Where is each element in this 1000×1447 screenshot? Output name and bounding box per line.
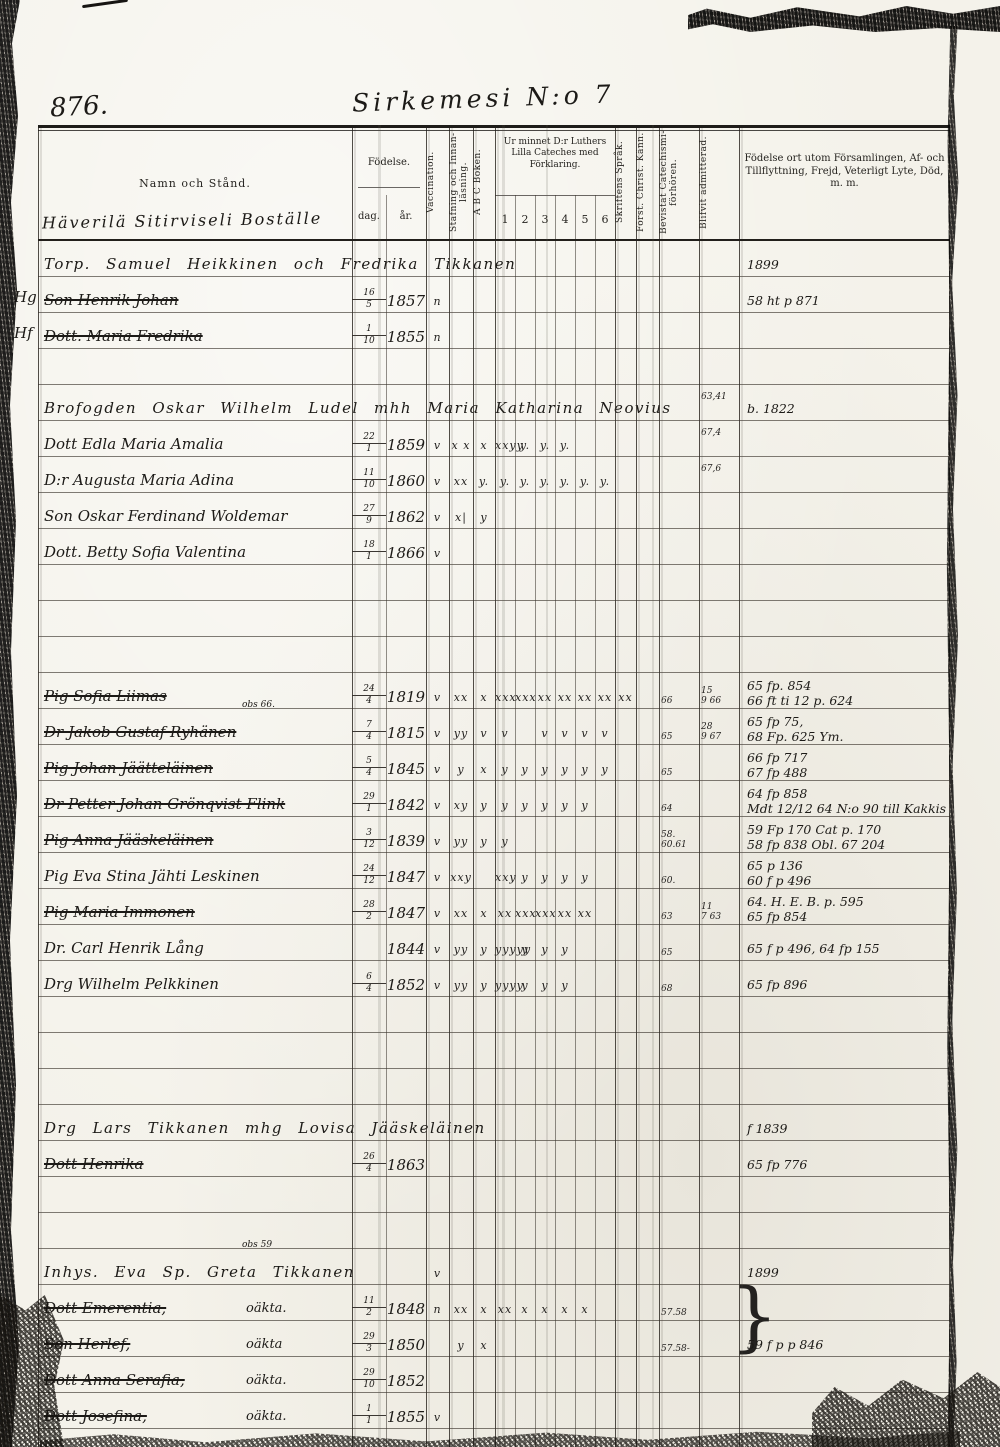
cateches-mark-5: v [575,727,595,740]
remark-cell: 67 fp 488 [747,765,807,780]
abc-mark: y [473,835,495,848]
cateches-mark-2: xxx [515,907,535,920]
remark-cell: b. 1822 [747,401,795,416]
table-row: Pig Johan Jäätteläinen541845vyxyyyyyy656… [38,744,950,781]
admitterad-note: 63,41 [701,392,737,402]
name-cell: Dott Henrika [44,1155,144,1173]
vaccination-mark: v [426,871,449,884]
cateches-mark-1: y [495,799,515,812]
table-row: Son Oskar Ferdinand Woldemar2791862vx|y [38,492,950,529]
table-top-border [38,125,950,128]
birth-year: 1855 [384,1408,428,1426]
name-cell: Torp. Samuel Heikkinen och Fredrika Tikk… [44,255,516,273]
cateches-mark-3: y. [535,475,555,488]
table-row: Drg Wilhelm Pelkkinen641852vyyyyyyyyyy68… [38,960,950,997]
table-row [38,348,950,385]
scan-noise-bottom-left [0,1295,64,1447]
cateches-mark-2: y. [515,439,535,452]
table-row [38,1212,950,1249]
abc-mark: y [473,799,495,812]
cateches-mark-3: y [535,871,555,884]
reading-mark: x x [449,439,473,452]
vaccination-mark: v [426,1267,449,1280]
remark-cell: f 1839 [747,1121,787,1136]
admitterad-note: 67,4 [701,428,737,438]
cateches-mark-5: xx [575,691,595,704]
cateches-mark-1: y [495,763,515,776]
bevistat-note: 58. 60.61 [661,830,697,850]
cateches-mark-1: xxy [495,871,515,884]
birth-header: Födelse. [352,157,426,170]
reading-mark: x| [449,511,473,524]
bevistat-note: 65 [661,768,697,778]
reading-header: Stafning och Innan-läsning. [449,129,473,235]
cateches-num-2: 2 [515,213,535,227]
header-bottom-border [38,239,950,241]
abc-mark: y [473,943,495,956]
birth-year: 1860 [384,472,428,490]
bevistat-note: 60. [661,876,697,886]
birth-year: 1852 [384,976,428,994]
name-cell: Son Oskar Ferdinand Woldemar [44,507,287,525]
vaccination-mark: v [426,475,449,488]
vaccination-mark: n [426,331,449,344]
scan-page: 876. Sirkemesi N:o 7 Namn och Stånd. Häv… [0,0,1000,1447]
admitterad-note: 28 9 67 [701,722,737,742]
birth-year: 1847 [384,868,428,886]
name-cell: Dr Petter Johan Grönqvist Flink [44,795,285,813]
table-row: Pig Anna Jääskeläinen3121839vyyyy58. 60.… [38,816,950,853]
birth-year: 1863 [384,1156,428,1174]
table-row: Dr Jakob Gustaf Ryhänenobs 66.741815vyyv… [38,708,950,745]
cateches-mark-3: xx [535,691,555,704]
reading-mark: xx [449,1303,473,1316]
cateches-mark-1: xxyy [495,439,515,452]
abc-mark: x [473,691,495,704]
admitterad-note: 15 9 66 [701,686,737,706]
remark-cell: 66 ft ti 12 p. 624 [747,693,853,708]
table-row [38,996,950,1033]
cateches-mark-4: xx [555,691,575,704]
birth-year: 1815 [384,724,428,742]
cateches-mark-3: y. [535,439,555,452]
cateches-mark-6: y. [595,475,615,488]
name-cell: Dr. Carl Henrik Lång [44,939,204,957]
table-row [38,1032,950,1069]
cateches-mark-3: y [535,943,555,956]
vaccination-mark: v [426,763,449,776]
vaccination-header: Vaccination. [426,129,449,235]
birth-year: 1850 [384,1336,428,1354]
birth-year: 1855 [384,328,428,346]
abc-mark: x [473,439,495,452]
remark-cell: 68 Fp. 625 Ym. [747,729,843,744]
cateches-mark-1: y [495,835,515,848]
table-row: Dott Henrika264186365 fp 776 [38,1140,950,1177]
cateches-mark-1: xxx [495,691,515,704]
admitterad-note: 11 7 63 [701,902,737,922]
cateches-num-3: 3 [535,213,555,227]
remark-cell: 60 f p 496 [747,873,811,888]
name-cell: Dr Jakob Gustaf Ryhänen [44,723,236,741]
table-row: Drg Lars Tikkanen mhg Lovisa Jääskeläine… [38,1104,950,1141]
name-cell: Pig Johan Jäätteläinen [44,759,213,777]
bevistat-note: 57.58- [661,1344,697,1354]
cateches-mark-4: xx [555,907,575,920]
cateches-mark-1: y. [495,475,515,488]
name-cell: Son Henrik Johan [44,291,179,309]
christian-knowledge-header: Först. Christ. Känn. [636,129,659,235]
cateches-mark-3: y [535,979,555,992]
cateches-mark-6: xx [595,691,615,704]
table-row: Pig Eva Stina Jähti Leskinen24121847vxxy… [38,852,950,889]
name-cell: Pig Sofia Liimas [44,687,167,705]
birth-year-header: år. [386,211,426,224]
cateches-mark-2: x [515,1303,535,1316]
name-cell: Dott. Maria Fredrika [44,327,203,345]
name-cell: Inhys. Eva Sp. Greta Tikkanen [44,1263,355,1281]
vaccination-mark: v [426,727,449,740]
table-row: Dott Edla Maria Amalia2211859vx xxxxyyy.… [38,420,950,457]
vaccination-mark: v [426,511,449,524]
birth-divider [358,187,420,188]
table-top-border-2 [38,130,950,131]
name-cell: Brofogden Oskar Wilhelm Ludel mhh Maria … [44,399,672,417]
birth-year: 1844 [384,940,428,958]
birth-year: 1839 [384,832,428,850]
row-note: obs 59 [242,1240,272,1250]
cateches-mark-3: y [535,799,555,812]
illegitimate-note: oäkta [246,1337,282,1352]
name-cell: Drg Wilhelm Pelkkinen [44,975,219,993]
cateches-mark-1: xx [495,907,515,920]
illegitimate-note: oäkta. [246,1301,287,1316]
cateches-mark-5: y [575,799,595,812]
illegitimate-note: oäkta. [246,1409,287,1424]
vaccination-mark: v [426,547,449,560]
abc-book-header: A B C Boken. [473,129,495,235]
cateches-mark-6: v [595,727,615,740]
remark-cell: 65 fp 776 [747,1157,807,1172]
name-cell: Pig Eva Stina Jähti Leskinen [44,867,260,885]
cateches-mark-2: y [515,871,535,884]
cateches-mark-2: y [515,943,535,956]
cateches-num-5: 5 [575,213,595,227]
cateches-mark-3: xxx [535,907,555,920]
scan-streak [502,125,505,1447]
cateches-num-6: 6 [595,213,615,227]
vaccination-mark: v [426,907,449,920]
name-cell: Drg Lars Tikkanen mhg Lovisa Jääskeläine… [44,1119,486,1137]
remark-cell: 64 fp 858 [747,786,807,801]
page-title: Sirkemesi N:o 7 [352,79,615,117]
cateches-mark-2: y [515,979,535,992]
cateches-mark-5: x [575,1303,595,1316]
bevistat-note: 63 [661,912,697,922]
table-row [38,1068,950,1105]
vaccination-mark: v [426,439,449,452]
cateches-num-4: 4 [555,213,575,227]
birth-year: 1862 [384,508,428,526]
birth-year: 1848 [384,1300,428,1318]
admitterad-note: 67,6 [701,464,737,474]
bevistat-note: 65 [661,732,697,742]
remark-cell: 59 Fp 170 Cat p. 170 [747,822,881,837]
table-header: Namn och Stånd. Häverilä Sitirviseli Bos… [38,125,950,240]
table-row: Dott Emerentia,oäkta.1121848nxxxxxxxxx57… [38,1284,950,1321]
birth-year: 1819 [384,688,428,706]
cateches-header: Ur minnet D:r Luthers Lilla Cateches med… [497,137,613,171]
birth-year: 1859 [384,436,428,454]
table-row: Pig Sofia Liimas2441819vxxxxxxxxxxxxxxxx… [38,672,950,709]
name-cell: Dott Emerentia, [44,1299,166,1317]
cateches-mark-3: x [535,1303,555,1316]
bevistat-note: 65 [661,948,697,958]
cateches-mark-1: v [495,727,515,740]
sprak-mark: xx [615,691,636,704]
remark-cell: 59 f p p 846 [747,1337,823,1352]
reading-mark: xy [449,799,473,812]
page-number: 876. [49,91,108,124]
remark-cell: 65 fp 896 [747,977,807,992]
cateches-mark-1: xx [495,1303,515,1316]
table-row: Torp. Samuel Heikkinen och Fredrika Tikk… [38,240,950,277]
bevistat-note: 57.58 [661,1308,697,1318]
record-table: Namn och Stånd. Häverilä Sitirviseli Bos… [38,125,950,1447]
table-row: Brofogden Oskar Wilhelm Ludel mhh Maria … [38,384,950,421]
table-row: HfDott. Maria Fredrika1101855n [38,312,950,349]
reading-mark: y [449,763,473,776]
birth-year: 1866 [384,544,428,562]
abc-mark: x [473,1339,495,1352]
cateches-mark-1: yyyy [495,979,515,992]
remarks-header: Födelse ort utom Församlingen, Af- och T… [741,153,948,191]
bevistat-note: 68 [661,984,697,994]
catechism-meeting-header: Bevistat Catechismi-förhören. [659,129,699,235]
pen-mark-top-left [82,0,128,8]
reading-mark: yy [449,943,473,956]
scan-streak [378,125,381,1447]
cateches-mark-5: xx [575,907,595,920]
remark-cell: 64. H. E. B. p. 595 [747,894,864,909]
cateches-mark-1: yyyyy [495,943,515,956]
abc-mark: v [473,727,495,740]
cateches-mark-3: v [535,727,555,740]
scripture-language-header: Skriftens Språk. [615,129,636,235]
abc-mark: x [473,763,495,776]
table-row: Dr Petter Johan Grönqvist Flink2911842vx… [38,780,950,817]
vaccination-mark: v [426,943,449,956]
remark-cell: 58 fp 838 Obl. 67 204 [747,837,885,852]
vaccination-mark: n [426,295,449,308]
name-cell: Dott Edla Maria Amalia [44,435,223,453]
vaccination-mark: v [426,799,449,812]
vaccination-mark: v [426,1411,449,1424]
abc-mark: x [473,1303,495,1316]
cateches-mark-3: y [535,763,555,776]
birth-year: 1857 [384,292,428,310]
scan-edge-left [0,0,20,1447]
remark-cell: 58 ht p 871 [747,293,820,308]
remark-cell: 65 fp 75, [747,714,803,729]
birth-year: 1847 [384,904,428,922]
table-row: D:r Augusta Maria Adina11101860vxxy.y.y.… [38,456,950,493]
reading-mark: yy [449,979,473,992]
cateches-mark-4: v [555,727,575,740]
table-row: Son Herlef,oäkta2931850yx57.58-}59 f p p… [38,1320,950,1357]
cateches-mark-4: x [555,1303,575,1316]
reading-mark: xx [449,691,473,704]
row-note: obs 66. [242,700,275,710]
cateches-mark-4: y. [555,439,575,452]
cateches-mark-2: y [515,763,535,776]
remark-cell: 65 fp 854 [747,909,807,924]
table-row: Pig Maria Immonen2821847vxxxxxxxxxxxxxxx… [38,888,950,925]
cateches-mark-5: y. [575,475,595,488]
remark-cell: 66 fp 717 [747,750,807,765]
birth-year: 1845 [384,760,428,778]
name-cell: Pig Maria Immonen [44,903,195,921]
name-column-handwritten: Häverilä Sitirviseli Boställe [42,209,323,233]
table-row: Dott. Betty Sofia Valentina1811866v [38,528,950,565]
abc-mark: x [473,907,495,920]
scan-streak [546,125,548,1447]
table-row: Dott Anna Serafia,oäkta.29101852 [38,1356,950,1393]
vaccination-mark: n [426,1303,449,1316]
table-row: Dr. Carl Henrik Lång1844vyyyyyyyyyyy6565… [38,924,950,961]
cateches-mark-4: y [555,763,575,776]
margin-note: Hg [14,288,37,306]
admitted-header: Blifvit admitterad. [699,129,739,235]
name-column-header: Namn och Stånd. [38,177,352,191]
cateches-num-1: 1 [495,213,515,227]
illegitimate-note: oäkta. [246,1373,287,1388]
reading-mark: xx [449,475,473,488]
table-row [38,1176,950,1213]
margin-note: Hf [14,324,33,342]
remark-cell: 65 fp. 854 [747,678,811,693]
cateches-mark-4: y [555,799,575,812]
bevistat-note: 66 [661,696,697,706]
reading-mark: xx [449,907,473,920]
table-row [38,636,950,673]
remark-cell: Mdt 12/12 64 N:o 90 till Kakkis [747,801,946,816]
table-row [38,600,950,637]
table-body: Torp. Samuel Heikkinen och Fredrika Tikk… [38,240,950,1447]
cateches-divider [495,195,615,196]
vaccination-mark: v [426,691,449,704]
cateches-mark-6: y [595,763,615,776]
abc-mark: y [473,979,495,992]
cateches-mark-2: y [515,799,535,812]
table-row: Inhys. Eva Sp. Greta Tikkanenobs 59v1899 [38,1248,950,1285]
cateches-mark-5: y [575,763,595,776]
name-cell: Pig Anna Jääskeläinen [44,831,213,849]
cateches-mark-4: y [555,943,575,956]
remark-cell: 65 f p 496, 64 fp 155 [747,941,880,956]
abc-mark: y [473,511,495,524]
vaccination-mark: v [426,979,449,992]
cateches-mark-5: y [575,871,595,884]
birth-year: 1842 [384,796,428,814]
abc-mark: y. [473,475,495,488]
scan-streak [652,125,654,1447]
cateches-mark-2: xxx [515,691,535,704]
cateches-mark-4: y [555,979,575,992]
bevistat-note: 64 [661,804,697,814]
cateches-mark-2: y. [515,475,535,488]
table-row: HgSon Henrik Johan1651857n58 ht p 871 [38,276,950,313]
name-cell: Dott Anna Serafia, [44,1371,185,1389]
reading-mark: xxy [449,871,473,884]
table-row [38,564,950,601]
reading-mark: yy [449,835,473,848]
reading-mark: y [449,1339,473,1352]
cateches-mark-4: y [555,871,575,884]
remark-cell: 1899 [747,257,779,272]
vaccination-mark: v [426,835,449,848]
name-cell: Dott. Betty Sofia Valentina [44,543,246,561]
reading-mark: yy [449,727,473,740]
remark-cell: 65 p 136 [747,858,803,873]
birth-year: 1852 [384,1372,428,1390]
name-cell: D:r Augusta Maria Adina [44,471,234,489]
cateches-mark-4: y. [555,475,575,488]
